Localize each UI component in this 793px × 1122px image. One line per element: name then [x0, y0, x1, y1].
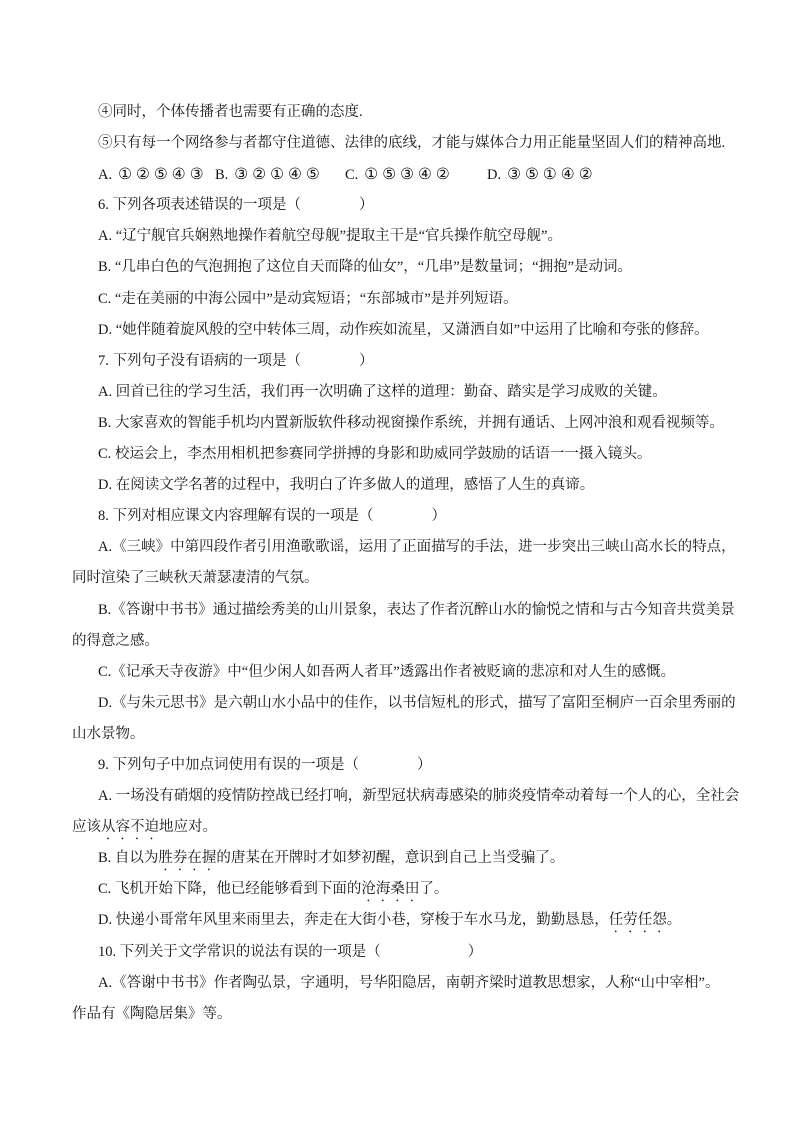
question-8-option-d-line2: 山水景物。: [72, 719, 722, 750]
question-10-stem: 10. 下列关于文学常识的说法有误的一项是（ ）: [72, 937, 722, 968]
question-9-option-d: D. 快递小哥常年风里来雨里去，奔走在大街小巷，穿梭于车水马龙，勤勤恳恳，任劳任…: [72, 905, 722, 936]
answer-option-d-sequence: ③⑤①④②: [507, 166, 596, 183]
q9-a-emphasized-word: 从容不迫: [101, 819, 159, 835]
answer-option-b-sequence: ③②①④⑤: [234, 166, 323, 183]
question-9-option-a-line1: A. 一场没有硝烟的疫情防控战已经打响，新型冠状病毒感染的肺炎疫情牵动着每一个人…: [72, 781, 722, 812]
q9-d-text-after: 。: [667, 912, 682, 928]
question-8-stem: 8. 下列对相应课文内容理解有误的一项是（ ）: [72, 501, 722, 532]
q9-d-emphasized-word: 任劳任怨: [609, 912, 667, 928]
q9-c-text-before: C. 飞机开始下降，他已经能够看到下面的: [98, 881, 361, 897]
answer-option-b-label: B.: [215, 167, 228, 183]
q9-b-emphasized-word: 胜券在握: [158, 850, 216, 866]
answer-option-c-label: C.: [345, 167, 358, 183]
answer-option-b: B.③②①④⑤: [215, 159, 324, 191]
question-6-option-c: C. “走在美丽的中海公园中”是动宾短语；“东部城市”是并列短语。: [72, 284, 722, 315]
question-8-option-d-line1: D.《与朱元思书》是六朝山水小品中的佳作，以书信短札的形式，描写了富阳至桐庐一百…: [72, 688, 722, 719]
question-6-option-d: D. “她伴随着旋风般的空中转体三周，动作疾如流星，又潇洒自如”中运用了比喻和夸…: [72, 315, 722, 346]
question-8-option-a-line2: 同时渲染了三峡秋天萧瑟凄清的气氛。: [72, 563, 722, 594]
q9-c-text-after: 了。: [419, 881, 448, 897]
question-7-option-d: D. 在阅读文学名著的过程中，我明白了许多做人的道理，感悟了人生的真谛。: [72, 470, 722, 501]
question-7-option-a: A. 回首已往的学习生活，我们再一次明确了这样的道理：勤奋、踏实是学习成败的关键…: [72, 377, 722, 408]
question-8-option-b-line1: B.《答谢中书书》通过描绘秀美的山川景象，表达了作者沉醉山水的愉悦之情和与古今知…: [72, 595, 722, 626]
answer-option-c: C.①⑤③④②: [345, 159, 454, 191]
exam-text-block: ④同时，个体传播者也需要有正确的态度. ⑤只有每一个网络参与者都守住道德、法律的…: [72, 97, 722, 1030]
question-7-option-b: B. 大家喜欢的智能手机均内置新版软件移动视窗操作系统，并拥有通话、上网冲浪和观…: [72, 408, 722, 439]
answer-option-c-sequence: ①⑤③④②: [364, 166, 453, 183]
question-9-option-c: C. 飞机开始下降，他已经能够看到下面的沧海桑田了。: [72, 874, 722, 905]
q9-c-emphasized-word: 沧海桑田: [361, 881, 419, 897]
question-8-option-c: C.《记承天寺夜游》中“但少闲人如吾两人者耳”透露出作者被贬谪的悲凉和对人生的感…: [72, 657, 722, 688]
question-6-option-b: B. “几串白色的气泡拥抱了这位自天而降的仙女”，“几串”是数量词；“拥抱”是动…: [72, 252, 722, 283]
q9-b-text-before: B. 自以为: [98, 850, 158, 866]
question-6-stem: 6. 下列各项表述错误的一项是（ ）: [72, 190, 722, 221]
question-6-option-a: A. “辽宁舰官兵娴熟地操作着航空母舰”提取主干是“官兵操作航空母舰”。: [72, 221, 722, 252]
answer-options-row: A.①②⑤④③ B.③②①④⑤ C.①⑤③④② D.③⑤①④②: [72, 159, 722, 190]
q9-a-text-before: 应该: [72, 819, 101, 835]
question-8-option-a-line1: A.《三峡》中第四段作者引用渔歌歌谣，运用了正面描写的手法，进一步突出三峡山高水…: [72, 532, 722, 563]
question-7-option-c: C. 校运会上，李杰用相机把参赛同学拼搏的身影和助威同学鼓励的话语一一摄入镜头。: [72, 439, 722, 470]
question-9-option-b: B. 自以为胜券在握的唐某在开牌时才如梦初醒，意识到自己上当受骗了。: [72, 843, 722, 874]
q9-d-text-before: D. 快递小哥常年风里来雨里去，奔走在大街小巷，穿梭于车水马龙，勤勤恳恳，: [98, 912, 609, 928]
question-7-stem: 7. 下列句子没有语病的一项是（ ）: [72, 346, 722, 377]
question-10-option-a-line1: A.《答谢中书书》作者陶弘景，字通明，号华阳隐居，南朝齐梁时道教思想家，人称“山…: [72, 968, 722, 999]
intro-item-4: ④同时，个体传播者也需要有正确的态度.: [72, 97, 722, 128]
q9-b-text-after: 的唐某在开牌时才如梦初醒，意识到自己上当受骗了。: [216, 850, 564, 866]
exam-page: ④同时，个体传播者也需要有正确的态度. ⑤只有每一个网络参与者都守住道德、法律的…: [0, 0, 793, 1122]
answer-option-d-label: D.: [487, 167, 501, 183]
answer-option-a-sequence: ①②⑤④③: [118, 166, 207, 183]
question-10-option-a-line2: 作品有《陶隐居集》等。: [72, 999, 722, 1030]
q9-a-text-after: 地应对。: [159, 819, 217, 835]
answer-option-d: D.③⑤①④②: [487, 159, 597, 191]
intro-item-5: ⑤只有每一个网络参与者都守住道德、法律的底线，才能与媒体合力用正能量坚固人们的精…: [72, 128, 722, 159]
question-9-option-a-line2: 应该从容不迫地应对。: [72, 812, 722, 843]
answer-option-a: A.①②⑤④③: [98, 159, 208, 191]
answer-option-a-label: A.: [98, 167, 112, 183]
question-9-stem: 9. 下列句子中加点词使用有误的一项是（ ）: [72, 750, 722, 781]
question-8-option-b-line2: 的得意之感。: [72, 626, 722, 657]
